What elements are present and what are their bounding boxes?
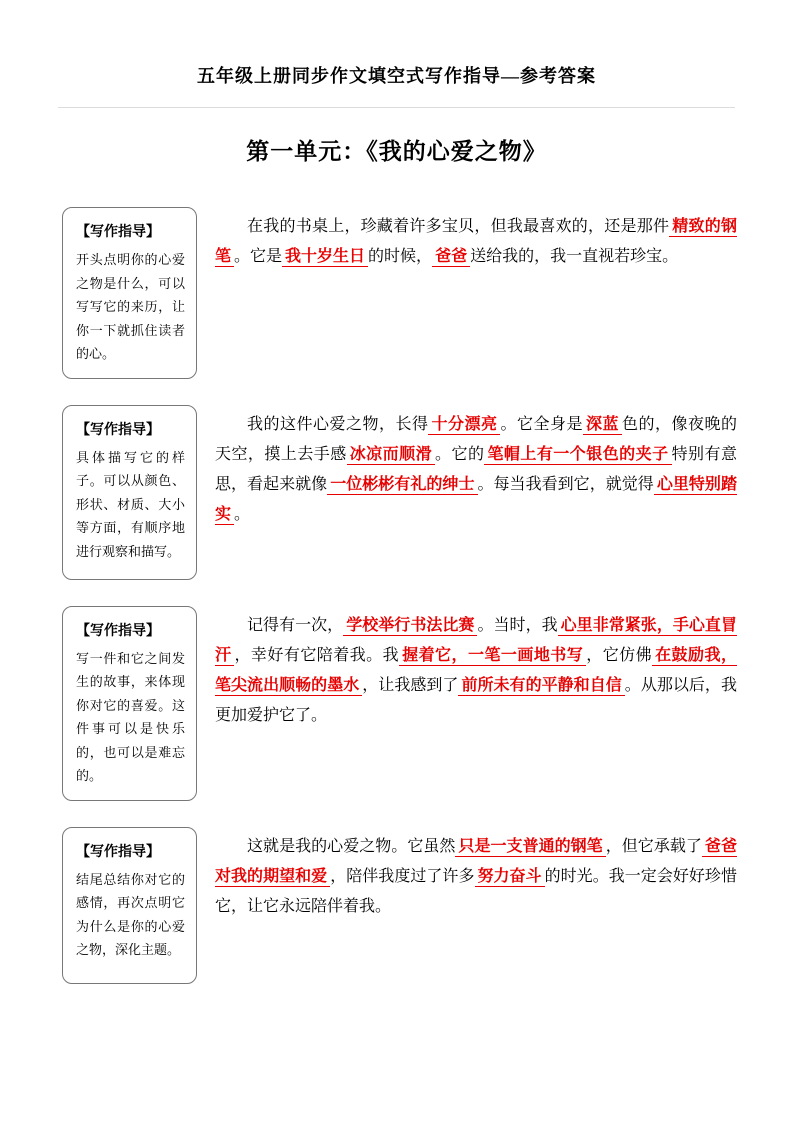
writing-guide-text: 写一件和它之间发生的故事，来体现你对它的喜爱。这件事可以是快乐的，也可以是难忘的… [76,647,185,788]
fill-in-answer: 笔帽上有一个银色的夹子 [484,446,671,465]
section-row: 【写作指导】 开头点明你的心爱之物是什么，可以写写它的来历，让你一下就抓住读者的… [0,207,793,379]
paragraph-text: 。每当我看到它，就觉得 [478,476,654,493]
fill-in-answer: 只是一支普通的钢笔 [455,838,605,857]
writing-guide-label: 【写作指导】 [76,620,185,640]
paragraph-text: 这就是我的心爱之物。它虽然 [247,838,455,855]
paragraph-text: ，但它承载了 [606,838,702,855]
section-row: 【写作指导】 结尾总结你对它的感情，再次点明它为什么是你的心爱之物，深化主题。 … [0,827,793,984]
paragraph-text: 。当时，我 [477,617,557,634]
paragraph-text: 在我的书桌上，珍藏着许多宝贝，但我最喜欢的，还是那件 [247,218,669,235]
divider-line [58,107,735,108]
essay-paragraph: 在我的书桌上，珍藏着许多宝贝，但我最喜欢的，还是那件精致的钢笔。它是我十岁生日的… [215,212,737,272]
writing-guide-label: 【写作指导】 [76,221,185,241]
paragraph-text: ，它仿佛 [586,647,652,664]
paragraph-text: ，让我感到了 [362,677,458,694]
fill-in-answer: 冰凉而顺滑 [347,446,435,465]
fill-in-answer: 学校举行书法比赛 [343,617,477,636]
paragraph-text: 我的这件心爱之物，长得 [247,416,428,433]
paragraph-text: 记得有一次， [247,617,343,634]
writing-guide-label: 【写作指导】 [76,841,185,861]
writing-guide-box: 【写作指导】 写一件和它之间发生的故事，来体现你对它的喜爱。这件事可以是快乐的，… [62,606,197,801]
paragraph-text: ，幸好有它陪着我。我 [234,647,399,664]
fill-in-answer: 爸爸 [432,248,470,267]
fill-in-answer: 一位彬彬有礼的绅士 [327,476,477,495]
section-row: 【写作指导】 具体描写它的样子。可以从颜色、形状、材质、大小等方面，有顺序地进行… [0,405,793,580]
paragraph-text: 。它是 [234,248,282,265]
paragraph-text: ，陪伴我度过了许多 [330,868,474,885]
section-row: 【写作指导】 写一件和它之间发生的故事，来体现你对它的喜爱。这件事可以是快乐的，… [0,606,793,801]
fill-in-answer: 深蓝 [583,416,622,435]
fill-in-answer: 握着它，一笔一画地书写 [399,647,586,666]
paragraph-text: 送给我的，我一直视若珍宝。 [470,248,678,265]
writing-guide-label: 【写作指导】 [76,419,185,439]
essay-paragraph: 记得有一次，学校举行书法比赛。当时，我心里非常紧张，手心直冒汗，幸好有它陪着我。… [215,611,737,731]
essay-paragraph: 这就是我的心爱之物。它虽然只是一支普通的钢笔，但它承载了爸爸对我的期望和爱，陪伴… [215,832,737,922]
writing-guide-box: 【写作指导】 具体描写它的样子。可以从颜色、形状、材质、大小等方面，有顺序地进行… [62,405,197,580]
writing-guide-text: 具体描写它的样子。可以从颜色、形状、材质、大小等方面，有顺序地进行观察和描写。 [76,446,185,564]
paragraph-text: 。 [234,506,250,523]
paragraph-text: 。它全身是 [500,416,583,433]
paragraph-text: 的时候， [368,248,432,265]
sections-container: 【写作指导】 开头点明你的心爱之物是什么，可以写写它的来历，让你一下就抓住读者的… [0,207,793,984]
fill-in-answer: 十分漂亮 [428,416,500,435]
essay-paragraph: 我的这件心爱之物，长得十分漂亮。它全身是深蓝色的，像夜晚的天空，摸上去手感冰凉而… [215,410,737,530]
unit-title: 第一单元：《我的心爱之物》 [0,133,793,166]
fill-in-answer: 我十岁生日 [282,248,368,267]
fill-in-answer: 前所未有的平静和自信 [458,677,624,696]
writing-guide-box: 【写作指导】 开头点明你的心爱之物是什么，可以写写它的来历，让你一下就抓住读者的… [62,207,197,379]
writing-guide-text: 开头点明你的心爱之物是什么，可以写写它的来历，让你一下就抓住读者的心。 [76,248,185,366]
document-title: 五年级上册同步作文填空式写作指导—参考答案 [0,0,793,88]
writing-guide-box: 【写作指导】 结尾总结你对它的感情，再次点明它为什么是你的心爱之物，深化主题。 [62,827,197,984]
paragraph-text: 。它的 [435,446,484,463]
document-page: 五年级上册同步作文填空式写作指导—参考答案 第一单元：《我的心爱之物》 【写作指… [0,0,793,1122]
writing-guide-text: 结尾总结你对它的感情，再次点明它为什么是你的心爱之物，深化主题。 [76,868,185,962]
fill-in-answer: 努力奋斗 [475,868,545,887]
